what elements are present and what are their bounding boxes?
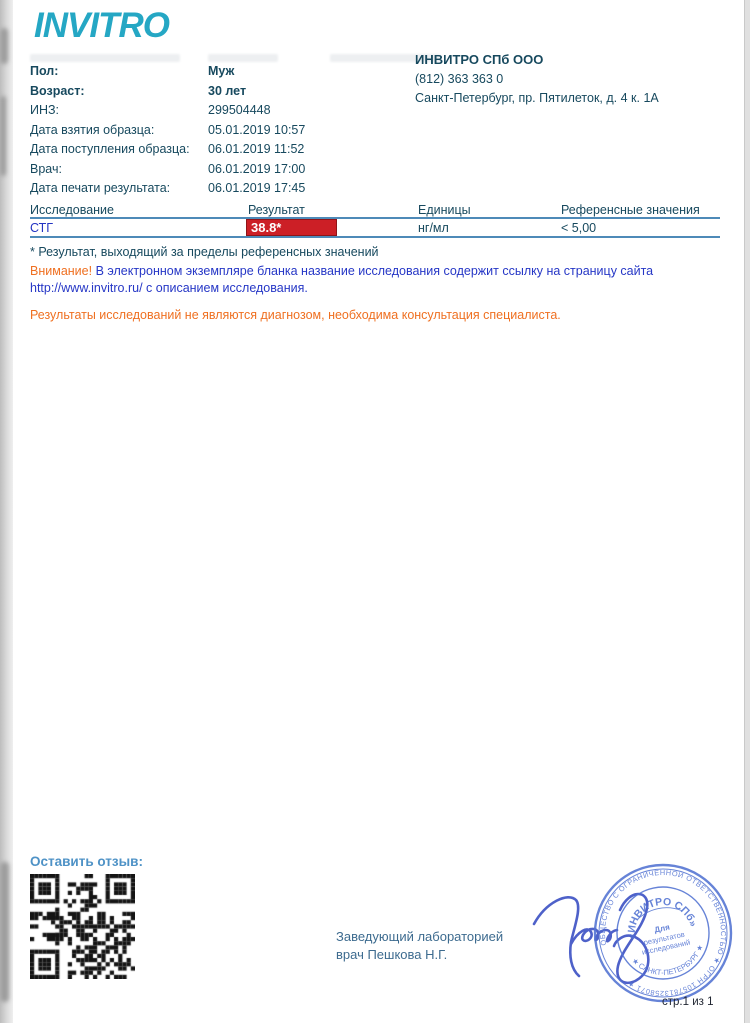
disclaimer-note: Результаты исследований не являются диаг… — [30, 308, 561, 322]
info-value: Муж — [208, 62, 234, 82]
signatory-block: Заведующий лабораторией врач Пешкова Н.Г… — [336, 928, 503, 964]
attention-text: В электронном экземпляре бланка название… — [92, 264, 653, 278]
round-stamp: ОБЩЕСТВО С ОГРАНИЧЕННОЙ ОТВЕТСТВЕННОСТЬЮ… — [578, 848, 748, 1018]
col-header-reference: Референсные значения — [561, 203, 700, 217]
attention-note: Внимание! В электронном экземпляре бланк… — [30, 263, 730, 296]
info-label: ИНЗ: — [30, 101, 208, 121]
test-name: СТГ — [30, 221, 53, 235]
table-rule-top — [30, 217, 720, 219]
signatory-name: врач Пешкова Н.Г. — [336, 946, 503, 964]
org-phone: (812) 363 363 0 — [415, 70, 659, 90]
signatory-title: Заведующий лабораторией — [336, 928, 503, 946]
scan-edge-left — [0, 0, 13, 1023]
info-row-age: Возраст: 30 лет — [30, 82, 410, 102]
col-header-units: Единицы — [418, 203, 471, 217]
info-row-sample-taken: Дата взятия образца: 05.01.2019 10:57 — [30, 121, 410, 141]
info-label: Пол: — [30, 62, 208, 82]
info-row-sample-received: Дата поступления образца: 06.01.2019 11:… — [30, 140, 410, 160]
attention-tail: с описанием исследования. — [143, 281, 308, 295]
info-row-sex: Пол: Муж — [30, 62, 410, 82]
col-header-test: Исследование — [30, 203, 114, 217]
info-value: 05.01.2019 10:57 — [208, 121, 305, 141]
feedback-label: Оставить отзыв: — [30, 854, 143, 869]
info-label: Дата поступления образца: — [30, 140, 208, 160]
col-header-result: Результат — [248, 203, 305, 217]
info-value: 06.01.2019 17:00 — [208, 160, 305, 180]
info-label: Врач: — [30, 160, 208, 180]
page-number: стр.1 из 1 — [662, 996, 714, 1008]
lab-report-page: INVITRO Пол: Муж Возраст: 30 лет ИНЗ: 29… — [0, 0, 750, 1023]
patient-info-block: Пол: Муж Возраст: 30 лет ИНЗ: 299504448 … — [30, 62, 410, 199]
info-value: 06.01.2019 17:45 — [208, 179, 305, 199]
info-label: Дата взятия образца: — [30, 121, 208, 141]
asterisk-note: * Результат, выходящий за пределы рефере… — [30, 245, 379, 259]
result-value-flagged: 38.8* — [246, 219, 337, 236]
info-value: 30 лет — [208, 82, 246, 102]
lab-org-block: ИНВИТРО СПб ООО (812) 363 363 0 Санкт-Пе… — [415, 50, 659, 109]
org-address: Санкт-Петербург, пр. Пятилеток, д. 4 к. … — [415, 89, 659, 109]
invitro-link[interactable]: http://www.invitro.ru/ — [30, 281, 143, 295]
info-row-doctor: Врач: 06.01.2019 17:00 — [30, 160, 410, 180]
info-value: 299504448 — [208, 101, 271, 121]
org-name: ИНВИТРО СПб ООО — [415, 50, 659, 70]
attention-label: Внимание! — [30, 264, 92, 278]
info-value: 06.01.2019 11:52 — [208, 140, 304, 160]
qr-code — [30, 874, 135, 979]
result-reference: < 5,00 — [561, 221, 596, 235]
info-row-inz: ИНЗ: 299504448 — [30, 101, 410, 121]
info-label: Дата печати результата: — [30, 179, 208, 199]
info-label: Возраст: — [30, 82, 208, 102]
invitro-logo: INVITRO — [34, 6, 169, 46]
table-rule-bottom — [30, 236, 720, 238]
result-units: нг/мл — [418, 221, 449, 235]
info-row-print-date: Дата печати результата: 06.01.2019 17:45 — [30, 179, 410, 199]
